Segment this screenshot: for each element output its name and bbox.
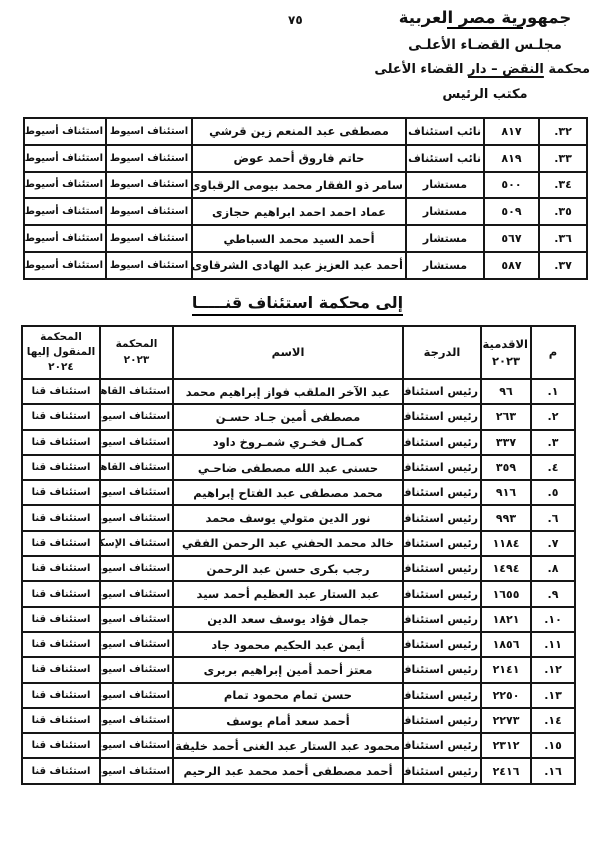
court-2024-cell: استئناف قنا: [22, 733, 100, 758]
grade-cell: رئيس استئناف: [403, 379, 481, 404]
seniority-cell: ٢١٤١: [481, 657, 531, 682]
seniority-cell: ٢٤١٦: [481, 758, 531, 783]
court-2023-cell: استئناف اسيوط: [106, 118, 192, 145]
court-2024-cell: استئناف قنا: [22, 632, 100, 657]
grade-cell: رئيس استئناف: [403, 758, 481, 783]
grade-cell: مستشار: [406, 225, 484, 252]
table-row: ٣٣. ٨١٩ نائب استئناف حاتم فاروق أحمد عوض…: [24, 145, 587, 172]
court-2023-cell: استئناف القاهرة: [100, 379, 173, 404]
serial-cell: ١٤.: [531, 708, 575, 733]
cassation-court-line: محكمة النقض – دار القضاء الأعلى: [380, 62, 590, 79]
seniority-cell: ٥٠٠: [484, 172, 539, 199]
serial-cell: ١٠.: [531, 607, 575, 632]
court-2023-header: المحكمة ٢٠٢٣: [100, 326, 173, 379]
seniority-cell: ١١٨٤: [481, 531, 531, 556]
name-cell: محمود عبد الستار عبد الغنى أحمد خليفة: [173, 733, 403, 758]
name-cell: خالد محمد الحفني عبد الرحمن الفقي: [173, 531, 403, 556]
serial-cell: ٧.: [531, 531, 575, 556]
name-cell: عبد الستار عبد العظيم أحمد سيد: [173, 581, 403, 606]
table-row: ٣٧. ٥٨٧ مستشار أحمد عبد العزيز عبد الهاد…: [24, 252, 587, 279]
serial-cell: ٣٣.: [539, 145, 587, 172]
serial-cell: ١.: [531, 379, 575, 404]
seniority-cell: ٣٥٩: [481, 455, 531, 480]
grade-cell: مستشار: [406, 172, 484, 199]
court-2024-cell: استئناف قنا: [22, 581, 100, 606]
name-cell: جمال فؤاد يوسف سعد الدين: [173, 607, 403, 632]
name-cell: أحمد السيد محمد السباطي: [192, 225, 406, 252]
name-cell: أحمد عبد العزيز عبد الهادى الشرقاوى: [192, 252, 406, 279]
court-2024-cell: استئناف قنا: [22, 708, 100, 733]
seniority-cell: ٨١٩: [484, 145, 539, 172]
serial-cell: ١١.: [531, 632, 575, 657]
section-heading-text: إلى محكمة استئناف قنـــــا: [192, 293, 403, 316]
grade-cell: رئيس استئناف: [403, 733, 481, 758]
grade-header: الدرجة: [403, 326, 481, 379]
grade-cell: رئيس استئناف: [403, 683, 481, 708]
seniority-cell: ٢٢٧٣: [481, 708, 531, 733]
name-cell: معتز أحمد أمين إبراهيم بربرى: [173, 657, 403, 682]
court-2023-cell: استئناف اسيوط: [100, 708, 173, 733]
table-row: ١١. ١٨٥٦ رئيس استئناف أيمن عبد الحكيم مح…: [22, 632, 575, 657]
court-2024-cell: استئناف قنا: [22, 480, 100, 505]
seniority-cell: ٢٢٥٠: [481, 683, 531, 708]
grade-cell: رئيس استئناف: [403, 607, 481, 632]
court-2024-cell: استئناف أسيوط منتدب: [24, 172, 106, 199]
grade-cell: رئيس استئناف: [403, 632, 481, 657]
grade-cell: رئيس استئناف: [403, 430, 481, 455]
name-cell: حسنى عبد الله مصطفى ضاحـي: [173, 455, 403, 480]
page-number: ٧٥: [288, 13, 303, 27]
court-2023-cell: استئناف اسيوط: [100, 505, 173, 530]
court-2023-cell: استئناف القاهرة: [100, 455, 173, 480]
serial-cell: ٣٧.: [539, 252, 587, 279]
grade-cell: رئيس استئناف: [403, 657, 481, 682]
table-row: ٤. ٣٥٩ رئيس استئناف حسنى عبد الله مصطفى …: [22, 455, 575, 480]
seniority-cell: ٥٨٧: [484, 252, 539, 279]
court-2024-cell: استئناف قنا: [22, 505, 100, 530]
court-2024-cell: استئناف قنا: [22, 657, 100, 682]
section-heading-qena: إلى محكمة استئناف قنـــــا: [0, 293, 595, 316]
court-2024-cell: استئناف أسيوط منتدب: [24, 118, 106, 145]
grade-cell: مستشار: [406, 252, 484, 279]
grade-cell: نائب استئناف: [406, 118, 484, 145]
court-2024-cell: استئناف قنا: [22, 531, 100, 556]
name-cell: رجب بكرى حسن عبد الرحمن: [173, 556, 403, 581]
serial-cell: ٥.: [531, 480, 575, 505]
court-2023-cell: استئناف اسيوط: [100, 657, 173, 682]
name-cell: أحمد سعد أمام يوسف: [173, 708, 403, 733]
grade-cell: نائب استئناف: [406, 145, 484, 172]
name-cell: حسن تمام محمود تمام: [173, 683, 403, 708]
serial-cell: ٤.: [531, 455, 575, 480]
grade-cell: رئيس استئناف: [403, 480, 481, 505]
serial-cell: ٦.: [531, 505, 575, 530]
name-cell: عبد الآخر الملقب فواز إبراهيم محمد: [173, 379, 403, 404]
name-cell: مصطفى عبد المنعم زين قرشي: [192, 118, 406, 145]
court-2023-cell: استئناف اسيوط: [106, 145, 192, 172]
court-2024-cell: استئناف قنا: [22, 607, 100, 632]
court-2023-cell: استئناف الإسكندرية: [100, 531, 173, 556]
court-2024-cell: استئناف أسيوط منتدب: [24, 252, 106, 279]
qena-transfers-table: م الاقدمية ٢٠٢٣ الدرجة الاسم المحكمة ٢٠٢…: [21, 325, 576, 785]
table-row: ٣٦. ٥٦٧ مستشار أحمد السيد محمد السباطي ا…: [24, 225, 587, 252]
seniority-cell: ١٤٩٤: [481, 556, 531, 581]
grade-cell: رئيس استئناف: [403, 531, 481, 556]
seniority-cell: ٩٩٣: [481, 505, 531, 530]
court-2023-cell: استئناف اسيوط: [100, 404, 173, 429]
court-2023-cell: استئناف اسيوط: [100, 683, 173, 708]
table-row: ٩. ١٦٥٥ رئيس استئناف عبد الستار عبد العظ…: [22, 581, 575, 606]
table-row: ١٢. ٢١٤١ رئيس استئناف معتز أحمد أمين إبر…: [22, 657, 575, 682]
court-2023-cell: استئناف اسيوط: [106, 198, 192, 225]
seniority-header: الاقدمية ٢٠٢٣: [481, 326, 531, 379]
table-row: ٣٥. ٥٠٩ مستشار عماد احمد احمد ابراهيم حج…: [24, 198, 587, 225]
serial-cell: ١٥.: [531, 733, 575, 758]
grade-cell: مستشار: [406, 198, 484, 225]
title-underline-decoration: [447, 27, 523, 29]
court-2023-cell: استئناف اسيوط: [100, 733, 173, 758]
table-row: ٣. ٣٣٧ رئيس استئناف كمـال فخـري شمـروخ د…: [22, 430, 575, 455]
court-2024-header: المحكمة المنقول إليها ٢٠٢٤: [22, 326, 100, 379]
name-cell: أحمد مصطفى أحمد محمد عبد الرحيم: [173, 758, 403, 783]
court-2024-cell: استئناف قنا: [22, 455, 100, 480]
seniority-cell: ١٨٢١: [481, 607, 531, 632]
grade-cell: رئيس استئناف: [403, 581, 481, 606]
name-cell: مصطفى أمين جـاد حسـن: [173, 404, 403, 429]
serial-cell: ٣٢.: [539, 118, 587, 145]
court-2023-cell: استئناف اسيوط: [100, 632, 173, 657]
serial-cell: ٩.: [531, 581, 575, 606]
court-2024-cell: استئناف قنا: [22, 758, 100, 783]
court-line-pre: محكمة: [544, 62, 590, 77]
court-2023-cell: استئناف اسيوط: [100, 607, 173, 632]
court-2024-cell: استئناف قنا: [22, 404, 100, 429]
seniority-cell: ٥٦٧: [484, 225, 539, 252]
table-row: ١٥. ٢٣١٢ رئيس استئناف محمود عبد الستار ع…: [22, 733, 575, 758]
court-2024-cell: استئناف أسيوط منتدب: [24, 225, 106, 252]
serial-cell: ٣٦.: [539, 225, 587, 252]
grade-cell: رئيس استئناف: [403, 404, 481, 429]
court-2024-cell: استئناف قنا: [22, 379, 100, 404]
court-2023-cell: استئناف اسيوط: [100, 581, 173, 606]
table-row: ١٣. ٢٢٥٠ رئيس استئناف حسن تمام محمود تما…: [22, 683, 575, 708]
serial-cell: ٢.: [531, 404, 575, 429]
seniority-cell: ٥٠٩: [484, 198, 539, 225]
court-2024-cell: استئناف أسيوط منتدب: [24, 198, 106, 225]
supreme-council-line: مجلـس القضـاء الأعلـى: [380, 37, 590, 55]
serial-cell: ١٦.: [531, 758, 575, 783]
republic-title-text: جمهورية مصر العربية: [399, 8, 572, 27]
name-cell: أيمن عبد الحكيم محمود جاد: [173, 632, 403, 657]
name-cell: سامر ذو الفقار محمد بيومى الرقباوى: [192, 172, 406, 199]
court-line-post: القضاء الأعلى: [374, 62, 468, 77]
seniority-cell: ١٦٥٥: [481, 581, 531, 606]
court-2024-cell: استئناف أسيوط منتدب: [24, 145, 106, 172]
court-2023-cell: استئناف اسيوط: [106, 252, 192, 279]
seniority-cell: ٨١٧: [484, 118, 539, 145]
seniority-cell: ٢٦٣: [481, 404, 531, 429]
table-header-row: م الاقدمية ٢٠٢٣ الدرجة الاسم المحكمة ٢٠٢…: [22, 326, 575, 379]
assiut-transfers-table: ٣٢. ٨١٧ نائب استئناف مصطفى عبد المنعم زي…: [23, 117, 588, 280]
serial-cell: ٣.: [531, 430, 575, 455]
table-row: ١٤. ٢٢٧٣ رئيس استئناف أحمد سعد أمام يوسف…: [22, 708, 575, 733]
name-cell: نور الدين متولي يوسف محمد: [173, 505, 403, 530]
grade-cell: رئيس استئناف: [403, 505, 481, 530]
table-row: ١٠. ١٨٢١ رئيس استئناف جمال فؤاد يوسف سعد…: [22, 607, 575, 632]
name-cell: عماد احمد احمد ابراهيم حجازى: [192, 198, 406, 225]
serial-cell: ١٣.: [531, 683, 575, 708]
seniority-cell: ٩١٦: [481, 480, 531, 505]
grade-cell: رئيس استئناف: [403, 708, 481, 733]
seniority-cell: ١٨٥٦: [481, 632, 531, 657]
court-2024-cell: استئناف قنا: [22, 430, 100, 455]
serial-header: م: [531, 326, 575, 379]
name-cell: محمد مصطفى عبد الفتاح إبراهيم: [173, 480, 403, 505]
serial-cell: ٣٤.: [539, 172, 587, 199]
seniority-cell: ٣٣٧: [481, 430, 531, 455]
grade-cell: رئيس استئناف: [403, 556, 481, 581]
table-row: ١. ٩٦ رئيس استئناف عبد الآخر الملقب فواز…: [22, 379, 575, 404]
court-line-underlined: النقض – دار: [468, 62, 544, 77]
table-row: ٢. ٢٦٣ رئيس استئناف مصطفى أمين جـاد حسـن…: [22, 404, 575, 429]
court-2023-cell: استئناف اسيوط: [100, 480, 173, 505]
president-office-line: مكتب الرئيس: [380, 87, 590, 104]
table-row: ٦. ٩٩٣ رئيس استئناف نور الدين متولي يوسف…: [22, 505, 575, 530]
table-row: ٥. ٩١٦ رئيس استئناف محمد مصطفى عبد الفتا…: [22, 480, 575, 505]
document-page: ٧٥ جمهورية مصر العربية مجلـس القضـاء الأ…: [0, 0, 595, 842]
serial-cell: ١٢.: [531, 657, 575, 682]
court-2023-cell: استئناف اسيوط: [100, 430, 173, 455]
table-row: ٣٤. ٥٠٠ مستشار سامر ذو الفقار محمد بيومى…: [24, 172, 587, 199]
court-2023-cell: استئناف اسيوط: [100, 556, 173, 581]
serial-cell: ٨.: [531, 556, 575, 581]
name-cell: حاتم فاروق أحمد عوض: [192, 145, 406, 172]
court-2024-cell: استئناف قنا: [22, 683, 100, 708]
table-row: ١٦. ٢٤١٦ رئيس استئناف أحمد مصطفى أحمد مح…: [22, 758, 575, 783]
court-2023-cell: استئناف اسيوط: [106, 172, 192, 199]
serial-cell: ٣٥.: [539, 198, 587, 225]
name-header: الاسم: [173, 326, 403, 379]
court-2024-cell: استئناف قنا: [22, 556, 100, 581]
letterhead: جمهورية مصر العربية مجلـس القضـاء الأعلـ…: [380, 8, 590, 104]
name-cell: كمـال فخـري شمـروخ داود: [173, 430, 403, 455]
court-2023-cell: استئناف اسيوط: [106, 225, 192, 252]
republic-title: جمهورية مصر العربية: [399, 8, 572, 28]
table-row: ٧. ١١٨٤ رئيس استئناف خالد محمد الحفني عب…: [22, 531, 575, 556]
seniority-cell: ٩٦: [481, 379, 531, 404]
table-row: ٣٢. ٨١٧ نائب استئناف مصطفى عبد المنعم زي…: [24, 118, 587, 145]
court-2023-cell: استئناف اسيوط: [100, 758, 173, 783]
table-row: ٨. ١٤٩٤ رئيس استئناف رجب بكرى حسن عبد ال…: [22, 556, 575, 581]
seniority-cell: ٢٣١٢: [481, 733, 531, 758]
grade-cell: رئيس استئناف: [403, 455, 481, 480]
